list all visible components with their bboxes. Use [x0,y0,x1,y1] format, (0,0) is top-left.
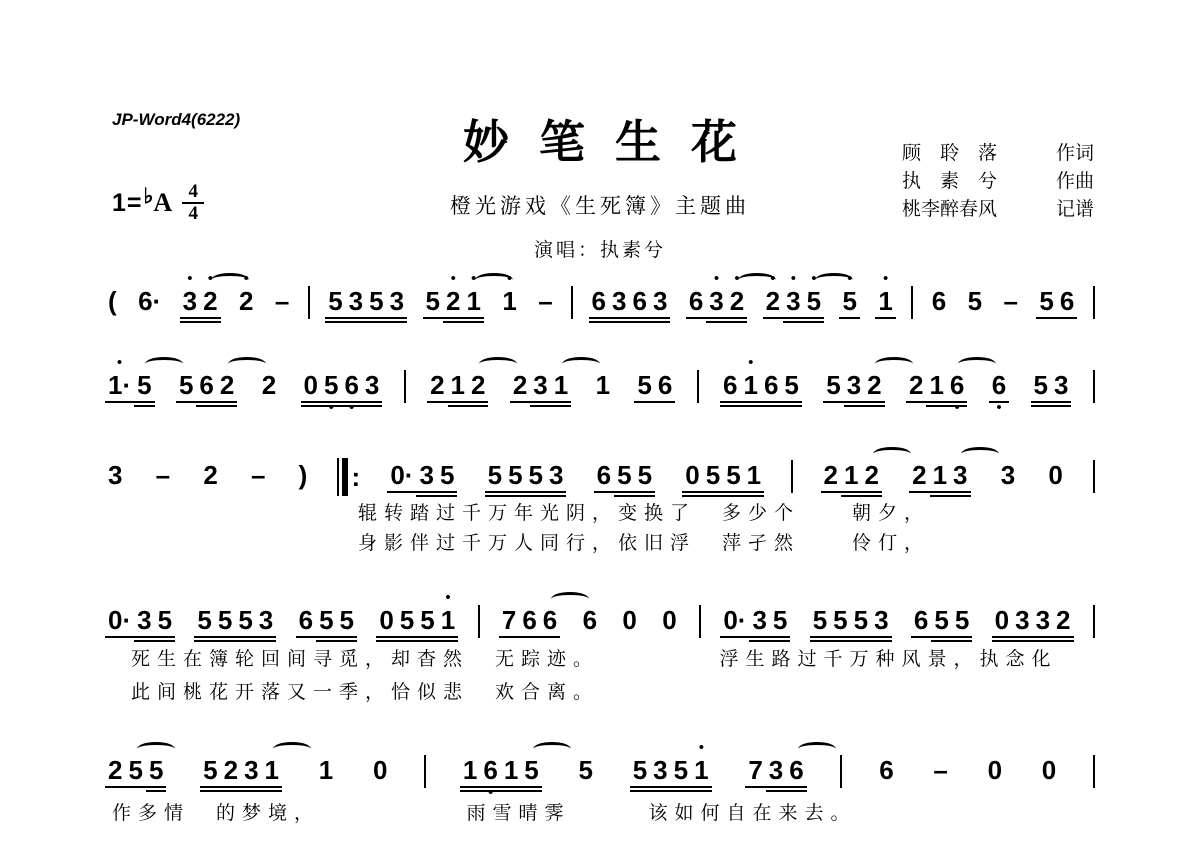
note: 0 [619,592,639,648]
time-beats: 4 [182,182,204,204]
note-number: 5 [176,370,196,400]
note: 5 [337,592,357,648]
note-number: 6 [686,286,706,316]
note-number: 3 [766,755,786,785]
note-group: 655 [594,447,655,503]
note-group: 2 [200,447,220,503]
tie-arc [551,592,589,606]
note: 5 [1031,357,1051,413]
octave-dot-above: • [791,273,796,286]
note-number: 0 [370,755,390,785]
note-number: 0· [387,460,416,490]
note: 5 [965,273,985,329]
flat-icon: ♭ [144,184,154,209]
note: 1 [460,742,480,798]
note-number: 0 [376,605,396,635]
note-number: 1 [499,286,519,316]
note-number: – [535,286,555,316]
note-group: •1 [875,273,895,329]
note-number: 0· [720,605,749,635]
note: 5 [1036,273,1056,329]
note: 3 [871,592,891,648]
barline [1093,370,1095,403]
note-number: 3 [180,286,200,316]
note-group: 0332 [992,592,1074,648]
note: 3 [256,592,276,648]
note-group: 56 [634,357,675,413]
note: 5 [215,592,235,648]
note-group: 255 [105,742,166,798]
music-line-4: 0·355553655055•17666000·3555536550332 [105,592,1095,648]
note: 3 [105,447,125,503]
note-number: ( [105,286,120,316]
note-number: 1 [460,755,480,785]
note-group: 0 [619,592,639,648]
note: 3 [749,592,769,648]
note-number: 2 [217,370,237,400]
note-number: 6 [989,370,1009,400]
note-number: 3 [783,286,803,316]
barline [697,370,699,403]
note: 1 [841,447,861,503]
note-number: 5 [965,286,985,316]
note: 2 [468,357,488,413]
note-number: 1· [105,370,134,400]
note-number: 1 [875,286,895,316]
note-number: 1 [593,370,613,400]
barline [424,755,426,788]
credit-name: 顾 聆 落 [902,140,997,168]
note: 6 [540,592,560,648]
credit-role: 作词 [1056,140,1094,168]
note: 5 [952,592,972,648]
octave-dot-above: • [883,273,888,286]
note: •1 [691,742,711,798]
note-number: 3 [256,605,276,635]
tie-arc [533,742,571,756]
note-number: 5 [952,605,972,635]
note-number: 5 [321,370,341,400]
note-number: 5 [851,605,871,635]
repeat-thin-bar [337,458,339,496]
note: 0 [682,447,702,503]
note-number: ) [296,460,311,490]
note: 6 [196,357,216,413]
note: 5 [521,742,541,798]
note-group: 055•1 [376,592,458,648]
note-number: 3 [1012,605,1032,635]
note-number: 5 [614,460,634,490]
note-number: 6· [135,286,164,316]
note: 3 [766,742,786,798]
note-number: – [248,460,268,490]
note: 5 [325,273,345,329]
tie-arc [873,447,911,461]
note: 5 [397,592,417,648]
note-number: 6 [196,370,216,400]
note: 2 [909,447,929,503]
repeat-start-sign: : [337,458,360,496]
note-group: 0 [1039,742,1059,798]
note-number: 1 [448,370,468,400]
note-number: 5 [146,755,166,785]
note-number: 0 [619,605,639,635]
note: 5 [417,592,437,648]
lyric-row: 此间桃花开落又一季，恰似悲 欢合离。 [131,677,599,704]
note: 3 [530,357,550,413]
note-number: 1 [438,605,458,635]
note-number: 6 [296,605,316,635]
note: 3 [1051,357,1071,413]
note-number: 5 [635,460,655,490]
duration-dash: – [930,742,950,798]
tie-arc [273,742,311,756]
note-group: 766 [499,592,560,648]
note-number: 3 [416,460,436,490]
note-number: 6 [911,605,931,635]
note: 3 [650,742,670,798]
note-number: 5 [316,605,336,635]
note: 5 [485,447,505,503]
note: 3 [1033,592,1053,648]
note-number: 5 [155,605,175,635]
key-signature: 1= ♭ A 4 4 [112,182,204,224]
note-number: 6 [594,460,614,490]
note: 6 [929,273,949,329]
note-number: – [930,755,950,785]
note: 6 [911,592,931,648]
octave-dot-above: • [187,273,192,286]
barline [791,460,793,493]
note-number: 2 [510,370,530,400]
note: 5 [194,592,214,648]
note-number: 6 [929,286,949,316]
octave-dot-above: • [714,273,719,286]
note: 6 [519,592,539,648]
note-group: 53 [1031,357,1072,413]
note-group: 5553 [485,447,567,503]
note: 6 [720,357,740,413]
note-number: 6 [947,370,967,400]
note-group: 216• [906,357,967,413]
sheet-music-page: JP-Word4(6222) 妙笔生花 橙光游戏《生死簿》主题曲 演唱：执素兮 … [0,0,1200,850]
note: 3 [609,273,629,329]
note: 3 [362,357,382,413]
note-group: 5353 [325,273,407,329]
note-number: 2 [105,755,125,785]
note-number: 2 [443,286,463,316]
barline [840,755,842,788]
tie-arc [211,273,249,287]
note: 5 [931,592,951,648]
note-number: – [1000,286,1020,316]
note: 5 [851,592,871,648]
note: 1 [448,357,468,413]
note: 6 [876,742,896,798]
note-number: 2 [821,460,841,490]
note: 1 [926,357,946,413]
note-group: 5 [576,742,596,798]
tie-arc [875,357,913,371]
note-group: 212 [427,357,488,413]
note-group: 3 [105,447,125,503]
note-number: 2 [221,755,241,785]
note: 5 [576,742,596,798]
note-group: 6 [876,742,896,798]
octave-dot-above: • [117,357,122,370]
tie-arc [562,357,600,371]
note: 5 [526,447,546,503]
note-group: 0 [659,592,679,648]
note: •1 [438,592,458,648]
note-number: 5 [630,755,650,785]
tie-arc [961,447,999,461]
barline [1093,286,1095,319]
note-number: 3 [387,286,407,316]
note-number: 0 [1045,460,1065,490]
credit-name: 桃李醉春风 [902,196,997,224]
note-number: 1 [501,755,521,785]
note: •1 [463,273,483,329]
credit-transcriber: 桃李醉春风 记谱 [902,196,1094,224]
note-group: 231 [510,357,571,413]
note: 3 [416,447,436,503]
note-group: 736 [745,742,806,798]
note-number: 5 [125,755,145,785]
note-number: 1 [691,755,711,785]
tie-arc [815,273,853,287]
note: 0 [370,742,390,798]
note-group: 6 [929,273,949,329]
note: 2 [105,742,125,798]
note-number: 3 [706,286,726,316]
note: 1 [262,742,282,798]
barline [911,286,913,319]
note-group: •3•2 [180,273,221,329]
tie-arc [479,357,517,371]
singer-line: 演唱：执素兮 [0,235,1200,262]
duration-dash: – [1000,273,1020,329]
note: 6· [135,273,164,329]
note-number: 3 [1051,370,1071,400]
note-number: 3 [650,286,670,316]
note-number: 3 [950,460,970,490]
note: 5 [125,742,145,798]
note-number: 6 [480,755,500,785]
note: •2 [443,273,463,329]
note-number: 3 [346,286,366,316]
note-number: 5 [235,605,255,635]
note-number: 1 [841,460,861,490]
note-group: 0·35 [387,447,457,503]
duration-dash: – [248,447,268,503]
note-number: 5 [437,460,457,490]
note-number: 5 [521,755,541,785]
duration-dash: – [153,447,173,503]
note-number: 5 [931,605,951,635]
note-group: 5 [965,273,985,329]
time-unit: 4 [182,204,204,224]
note: 5 [770,592,790,648]
note: 0· [105,592,134,648]
note-number: 5 [325,286,345,316]
note-number: 1 [551,370,571,400]
note-number: 5 [781,370,801,400]
duration-dash: – [535,273,555,329]
note-number: 1 [744,460,764,490]
note-group: 655 [911,592,972,648]
tie-arc [228,357,266,371]
note-group: 16•15 [460,742,542,798]
note-number: 3 [105,460,125,490]
note-number: 2 [763,286,783,316]
credit-lyricist: 顾 聆 落 作词 [902,140,1094,168]
note: 5 [423,273,443,329]
note-number: 6 [341,370,361,400]
note-number: 5 [526,460,546,490]
note: 5 [830,592,850,648]
note-number: 5 [804,286,824,316]
note: 1 [930,447,950,503]
music-line-3: 3–2–):0·355553655055121221330 [105,447,1095,503]
note-number: 5 [671,755,691,785]
duration-dash: – [272,273,292,329]
note-number: 2 [861,460,881,490]
note: 3 [387,273,407,329]
note: 5 [505,447,525,503]
barline [1093,755,1095,788]
note: •1 [875,273,895,329]
note: 5 [614,447,634,503]
note: 5 [235,592,255,648]
note-number: 7 [499,605,519,635]
note: •3 [706,273,726,329]
note-group: 0 [1045,447,1065,503]
note: 5 [823,357,843,413]
note: •1· [105,357,134,413]
note-group: 56 [1036,273,1077,329]
note-number: 5 [634,370,654,400]
note-number: 0· [105,605,134,635]
repeat-dots: : [351,460,360,494]
note-number: 2 [259,370,279,400]
note: 2 [864,357,884,413]
note-group: 5553 [810,592,892,648]
note-number: 0 [659,605,679,635]
repeat-thick-bar [342,458,348,496]
tie-arc [145,357,183,371]
note-number: – [153,460,173,490]
credit-name: 执 素 兮 [902,168,997,196]
note-number: 2 [906,370,926,400]
note: 3 [134,592,154,648]
note-group: 0 [370,742,390,798]
note-number: 6 [580,605,600,635]
credit-role: 记谱 [1056,196,1094,224]
note-number: 0 [682,460,702,490]
note: 3 [346,273,366,329]
note: 0 [659,592,679,648]
barline [404,370,406,403]
credits-block: 顾 聆 落 作词 执 素 兮 作曲 桃李醉春风 记谱 [902,140,1094,224]
note-group: 0·35 [720,592,790,648]
note-number: 2 [864,370,884,400]
note: 5 [703,447,723,503]
note-group: 562 [176,357,237,413]
note-number: 5 [1031,370,1051,400]
note-number: 6 [1057,286,1077,316]
note: 0 [985,742,1005,798]
note-number: 2 [468,370,488,400]
barline [308,286,310,319]
note-number: 5 [1036,286,1056,316]
note-group: 5•2•1 [423,273,484,329]
note: 2 [821,447,841,503]
note: 1 [501,742,521,798]
note-number: 5 [337,605,357,635]
note-number: 1 [740,370,760,400]
note-number: 3 [530,370,550,400]
note-number: 5 [839,286,859,316]
note-number: 6 [519,605,539,635]
note-number: 5 [417,605,437,635]
note: 0 [376,592,396,648]
note: 0 [1039,742,1059,798]
note: 3 [241,742,261,798]
note: 2 [221,742,241,798]
note-group: 3 [998,447,1018,503]
note: 3 [844,357,864,413]
note: 3 [998,447,1018,503]
note-number: 2 [727,286,747,316]
note: 1 [744,447,764,503]
note-group: 655 [296,592,357,648]
note-number: 1 [316,755,336,785]
note: 2 [861,447,881,503]
note-number: 1 [926,370,946,400]
note: 5 [134,357,154,413]
note-number: 3 [998,460,1018,490]
note: 2 [1053,592,1073,648]
tie-arc [958,357,996,371]
note: 3 [1012,592,1032,648]
parenthesis-sign: ) [296,447,311,503]
note-number: 2 [200,286,220,316]
note-group: 0 [985,742,1005,798]
barline [571,286,573,319]
note-number: 5 [366,286,386,316]
note: 0 [1045,447,1065,503]
note: 6 [594,447,614,503]
note-number: 5 [830,605,850,635]
key-tonic: 1= [112,189,143,218]
note: 5 [316,592,336,648]
note: 5 [781,357,801,413]
note: 6 [1057,273,1077,329]
note-number: 2 [236,286,256,316]
note-group: 1 [316,742,336,798]
note: 5• [321,357,341,413]
music-line-2: •1·5562205•6•32122311566•165532216•6•53 [105,357,1095,413]
note: 6 [686,273,706,329]
note-number: 6 [589,286,609,316]
note: 6• [947,357,967,413]
note: 7 [499,592,519,648]
note-number: 3 [844,370,864,400]
note: •2 [727,273,747,329]
note-group: 213 [909,447,970,503]
note-number: 1 [463,286,483,316]
